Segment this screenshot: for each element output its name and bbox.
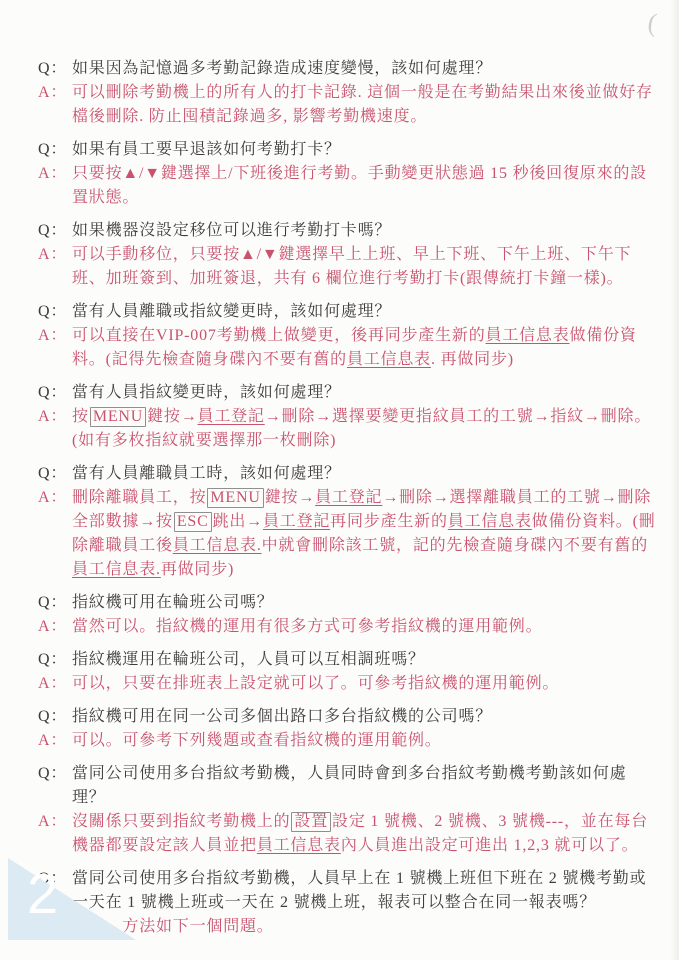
question-prefix: Q： [38,648,72,672]
question-row: Q：如果機器沒設定移位可以進行考勤打卡嗎？ [38,219,658,243]
answer-row: A：可以，只要在排班表上設定就可以了。可參考指紋機的運用範例。 [38,672,658,696]
answer-text: 可以手動移位，只要按▲/▼鍵選擇早上上班、早上下班、下午上班、下午下班、加班簽到… [72,243,658,291]
answer-row: A：只要按▲/▼鍵選擇上/下班後進行考勤。手動變更狀態過 15 秒後回復原來的設… [38,162,658,210]
question-row: Q：當有人員離職員工時，該如何處理？ [38,462,658,486]
answer-segment: 可以。可參考下列幾題或查看指紋機的運用範例。 [72,732,442,749]
answer-text: 只要按▲/▼鍵選擇上/下班後進行考勤。手動變更狀態過 15 秒後回復原來的設置狀… [72,162,658,210]
answer-text: 可以刪除考勤機上的所有人的打卡記錄. 這個一般是在考勤結果出來後並做好存檔後刪除… [72,81,658,129]
question-text: 指紋機運用在輪班公司，人員可以互相調班嗎？ [72,648,658,672]
answer-prefix: A： [38,672,72,696]
answer-segment: 再做同步) [161,561,234,578]
answer-text: 可以，只要在排班表上設定就可以了。可參考指紋機的運用範例。 [72,672,658,696]
underlined-term: 員工信息表. [72,561,161,578]
answer-prefix: A： [38,243,72,267]
answer-text: 可以。可參考下列幾題或查看指紋機的運用範例。 [72,729,658,753]
key-button-box: MENU [90,407,146,427]
underlined-term: 員工信息表 [347,351,431,368]
question-prefix: Q： [38,762,72,786]
underlined-term: 員工登記 [263,513,330,530]
scanned-faq-page: ( Q：如果因為記憶過多考勤記錄造成速度變慢，該如何處理？A：可以刪除考勤機上的… [0,0,679,960]
question-text: 當同公司使用多台指紋考勤機，人員同時會到多台指紋考勤機考勤該如何處理？ [72,762,658,810]
scan-edge-shadow [670,0,679,960]
answer-text: 沒關係只要到指紋考勤機上的設置設定 1 號機、2 號機、3 號機---，並在每台… [72,810,658,858]
answer-text: 當然可以。指紋機的運用有很多方式可參考指紋機的運用範例。 [72,615,658,639]
question-text: 如果因為記憶過多考勤記錄造成速度變慢，該如何處理？ [72,57,658,81]
qa-item: Q：指紋機可用在同一公司多個出路口多台指紋機的公司嗎？A：可以。可參考下列幾題或… [38,705,658,753]
answer-segment: 可以直接在VIP-007考勤機上做變更，後再同步產生新的 [72,327,486,344]
answer-prefix: A： [38,615,72,639]
qa-item: Q：指紋機運用在輪班公司，人員可以互相調班嗎？A：可以，只要在排班表上設定就可以… [38,648,658,696]
question-prefix: Q： [38,219,72,243]
answer-prefix: A： [38,324,72,348]
underlined-term: 員工信息表 [486,327,570,344]
underlined-term: 員工信息表. [173,537,262,554]
qa-item: Q：當有人員離職員工時，該如何處理？A：刪除離職員工，按MENU鍵按→員工登記→… [38,462,658,582]
answer-text: 刪除離職員工，按MENU鍵按→員工登記→刪除→選擇離職員工的工號→刪除全部數據→… [72,486,658,582]
question-row: Q：當同公司使用多台指紋考勤機，人員同時會到多台指紋考勤機考勤該如何處理？ [38,762,658,810]
question-row: Q：指紋機可用在同一公司多個出路口多台指紋機的公司嗎？ [38,705,658,729]
question-text: 如果機器沒設定移位可以進行考勤打卡嗎？ [72,219,658,243]
answer-prefix: A： [38,729,72,753]
qa-item: Q：當有人員離職或指紋變更時，該如何處理？A：可以直接在VIP-007考勤機上做… [38,300,658,372]
question-text: 如果有員工要早退該如何考勤打卡？ [72,138,658,162]
question-prefix: Q： [38,591,72,615]
question-prefix: Q： [38,138,72,162]
question-text: 當有人員離職員工時，該如何處理？ [72,462,658,486]
underlined-term: 員工信息表 [257,837,341,854]
key-button-box: ESC [174,512,212,532]
answer-segment: 按 [72,408,89,425]
question-prefix: Q： [38,381,72,405]
question-prefix: Q： [38,705,72,729]
question-text: 當有人員離職或指紋變更時，該如何處理？ [72,300,658,324]
question-row: Q：當有人員指紋變更時，該如何處理？ [38,381,658,405]
answer-row: A：沒關係只要到指紋考勤機上的設置設定 1 號機、2 號機、3 號機---，並在… [38,810,658,858]
answer-segment: 只要按▲/▼鍵選擇上/下班後進行考勤。手動變更狀態過 15 秒後回復原來的設置狀… [72,165,647,206]
underlined-term: 員工登記 [198,408,265,425]
question-row: Q：如果因為記憶過多考勤記錄造成速度變慢，該如何處理？ [38,57,658,81]
answer-segment: 沒關係只要到指紋考勤機上的 [72,813,290,830]
qa-item: Q：如果有員工要早退該如何考勤打卡？A：只要按▲/▼鍵選擇上/下班後進行考勤。手… [38,138,658,210]
answer-prefix: A： [38,81,72,105]
answer-row: A：可以。可參考下列幾題或查看指紋機的運用範例。 [38,729,658,753]
answer-row: A：可以刪除考勤機上的所有人的打卡記錄. 這個一般是在考勤結果出來後並做好存檔後… [38,81,658,129]
answer-segment: 可以刪除考勤機上的所有人的打卡記錄. 這個一般是在考勤結果出來後並做好存檔後刪除… [72,84,653,125]
scan-artifact-mark: ( [646,8,659,39]
question-text: 當同公司使用多台指紋考勤機，人員早上在 1 號機上班但下班在 2 號機考勤或一天… [72,867,658,915]
qa-item: Q：當有人員指紋變更時，該如何處理？A：按MENU鍵按→員工登記→刪除→選擇要變… [38,381,658,453]
question-row: Q：如果有員工要早退該如何考勤打卡？ [38,138,658,162]
answer-row: A：按MENU鍵按→員工登記→刪除→選擇要變更指紋員工的工號→指紋→刪除。(如有… [38,405,658,453]
answer-prefix: A： [38,405,72,429]
answer-row: A：可以，方法如下一個問題。 [38,915,658,939]
question-prefix: Q： [38,300,72,324]
answer-segment: 跳出→ [213,513,263,530]
answer-segment: 鍵按→ [265,489,315,506]
page-number: 2 [27,864,58,924]
answer-text: 可以直接在VIP-007考勤機上做變更，後再同步產生新的員工信息表做備份資料。(… [72,324,658,372]
answer-row: A：當然可以。指紋機的運用有很多方式可參考指紋機的運用範例。 [38,615,658,639]
answer-segment: . 再做同步) [431,351,514,368]
question-text: 指紋機可用在同一公司多個出路口多台指紋機的公司嗎？ [72,705,658,729]
answer-segment: 當然可以。指紋機的運用有很多方式可參考指紋機的運用範例。 [72,618,542,635]
answer-segment: 中就會刪除該工號，記的先檢查隨身碟內不要有舊的 [262,537,648,554]
key-button-box: 設置 [291,812,331,832]
answer-segment: 可以手動移位，只要按▲/▼鍵選擇早上上班、早上下班、下午上班、下午下班、加班簽到… [72,246,631,287]
question-prefix: Q： [38,462,72,486]
answer-prefix: A： [38,162,72,186]
question-text: 指紋機可用在輪班公司嗎？ [72,591,658,615]
answer-row: A：可以手動移位，只要按▲/▼鍵選擇早上上班、早上下班、下午上班、下午下班、加班… [38,243,658,291]
answer-row: A：刪除離職員工，按MENU鍵按→員工登記→刪除→選擇離職員工的工號→刪除全部數… [38,486,658,582]
key-button-box: MENU [207,488,263,508]
question-row: Q：當同公司使用多台指紋考勤機，人員早上在 1 號機上班但下班在 2 號機考勤或… [38,867,658,915]
question-row: Q：指紋機運用在輪班公司，人員可以互相調班嗎？ [38,648,658,672]
answer-text: 按MENU鍵按→員工登記→刪除→選擇要變更指紋員工的工號→指紋→刪除。(如有多枚… [72,405,658,453]
question-prefix: Q： [38,57,72,81]
answer-prefix: A： [38,486,72,510]
question-text: 當有人員指紋變更時，該如何處理？ [72,381,658,405]
qa-item: Q：當同公司使用多台指紋考勤機，人員早上在 1 號機上班但下班在 2 號機考勤或… [38,867,658,939]
answer-segment: 可以，只要在排班表上設定就可以了。可參考指紋機的運用範例。 [72,675,559,692]
underlined-term: 員工登記 [315,489,382,506]
qa-item: Q：當同公司使用多台指紋考勤機，人員同時會到多台指紋考勤機考勤該如何處理？A：沒… [38,762,658,858]
question-row: Q：當有人員離職或指紋變更時，該如何處理？ [38,300,658,324]
answer-text: 可以，方法如下一個問題。 [72,915,658,939]
qa-item: Q：指紋機可用在輪班公司嗎？A：當然可以。指紋機的運用有很多方式可參考指紋機的運… [38,591,658,639]
qa-item: Q：如果因為記憶過多考勤記錄造成速度變慢，該如何處理？A：可以刪除考勤機上的所有… [38,57,658,129]
qa-item: Q：如果機器沒設定移位可以進行考勤打卡嗎？A：可以手動移位，只要按▲/▼鍵選擇早… [38,219,658,291]
question-row: Q：指紋機可用在輪班公司嗎？ [38,591,658,615]
answer-segment: 再同步產生新的 [330,513,448,530]
answer-segment: 刪除離職員工，按 [72,489,206,506]
answer-segment: 內人員進出設定可進出 1,2,3 就可以了。 [341,837,639,854]
answer-segment: 鍵按→ [147,408,197,425]
underlined-term: 員工信息表 [448,513,532,530]
answer-row: A：可以直接在VIP-007考勤機上做變更，後再同步產生新的員工信息表做備份資料… [38,324,658,372]
qa-list: Q：如果因為記憶過多考勤記錄造成速度變慢，該如何處理？A：可以刪除考勤機上的所有… [38,57,658,948]
answer-prefix: A： [38,810,72,834]
